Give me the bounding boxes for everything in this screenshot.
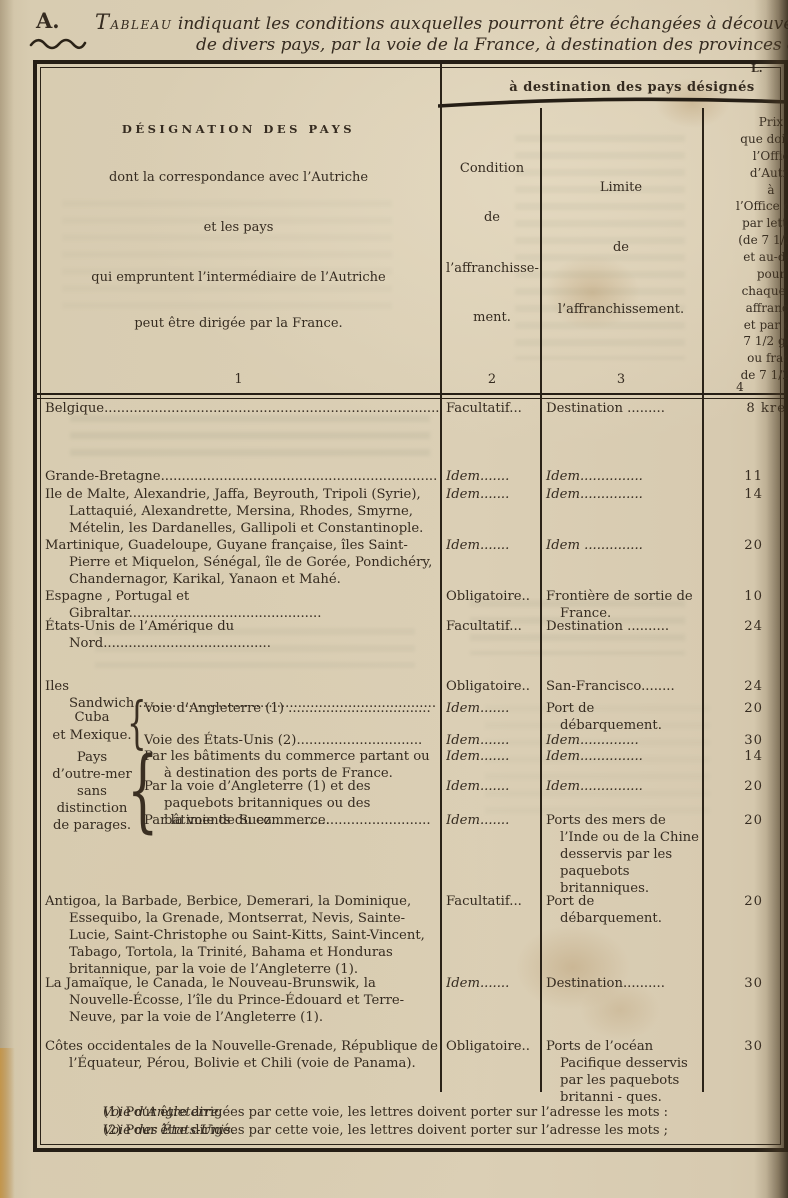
col1-header-line: dont la correspondance avec l’Autriche: [37, 170, 440, 185]
row-condition: Idem.......: [446, 468, 538, 485]
row-countries: Ile de Malte, Alexandrie, Jaffa, Beyrout…: [45, 486, 439, 537]
column-divider-1: [440, 64, 442, 1092]
row-limite: Port de débarquement.: [546, 893, 700, 927]
col3-header-line: de: [542, 240, 700, 255]
col1-number: 1: [37, 372, 440, 387]
col2-header-line: Condition: [446, 161, 538, 176]
page-edge-corner: [0, 1048, 15, 1198]
row-route: Par les bâtiments du commerce partant ou…: [144, 748, 440, 782]
row-countries: La Jamaïque, le Canada, le Nouveau-Bruns…: [45, 975, 439, 1026]
section-label: A.: [36, 8, 60, 33]
row-limite: Port de débarquement.: [546, 700, 700, 734]
row-condition: Obligatoire..: [446, 588, 538, 605]
col2-header-line: l’affranchisse-: [446, 261, 538, 276]
header-separator-rule: [37, 393, 784, 399]
row-prix: 30: [682, 975, 763, 992]
row-limite: Idem...............: [546, 778, 700, 795]
page-edge-shadow: [754, 0, 788, 1198]
document-title-line2: de divers pays, par la voie de la France…: [196, 35, 788, 55]
row-condition: Idem.......: [446, 748, 538, 765]
row-condition: Facultatif...: [446, 893, 538, 910]
row-condition: Obligatoire..: [446, 1038, 538, 1055]
col2-header-line: ment.: [446, 310, 538, 325]
row-prix: 24: [682, 678, 763, 695]
row-limite: Idem ..............: [546, 537, 700, 554]
footnote-emphasis: Voie des États-Unis.: [103, 1122, 235, 1140]
row-prix: 20: [682, 700, 763, 717]
row-prix: 20: [682, 812, 763, 829]
row-route: Voie des États-Unis (2).................…: [144, 732, 440, 749]
row-countries: Espagne , Portugal et Gibraltar.........…: [45, 588, 439, 622]
span-header: à destination des pays désignés: [467, 80, 788, 95]
row-limite: Idem...............: [546, 486, 700, 503]
row-limite: Idem..............: [546, 732, 700, 749]
row-limite: Idem...............: [546, 748, 700, 765]
title-line1-rest: indiquant les conditions auxquelles pour…: [178, 14, 788, 34]
row-prix: 30: [682, 1038, 763, 1055]
col1-header-title: DÉSIGNATION DES PAYS: [37, 122, 440, 136]
row-condition: Obligatoire..: [446, 678, 538, 695]
row-limite: San-Francisco........: [546, 678, 700, 695]
row-condition: Idem.......: [446, 486, 538, 503]
row-limite: Destination .........: [546, 400, 700, 417]
row-prix: 11: [682, 468, 763, 485]
row-condition: Idem.......: [446, 975, 538, 992]
column-divider-2: [540, 108, 542, 1092]
row-prix: 14: [682, 748, 763, 765]
col2-header-line: de: [446, 210, 538, 225]
row-countries: Côtes occidentales de la Nouvelle-Grenad…: [45, 1038, 439, 1072]
page-edge-shadow-left: [0, 0, 14, 1198]
row-condition: Idem.......: [446, 537, 538, 554]
row-limite: Destination..........: [546, 975, 700, 992]
row-countries: Grande-Bretagne.........................…: [45, 468, 439, 485]
footnote-emphasis: Voie d’Angleterre.: [103, 1104, 223, 1122]
row-limite: Ports de l’océan Pacifique desservis par…: [546, 1038, 700, 1106]
col1-header-line: qui empruntent l’intermédiaire de l’Autr…: [37, 270, 440, 285]
title-lead-word: Tableau: [95, 10, 173, 34]
row-prix: 14: [682, 486, 763, 503]
row-prix: 20: [682, 537, 763, 554]
row-prix: 30: [682, 732, 763, 749]
row-prix: 10: [682, 588, 763, 605]
row-condition: Facultatif...: [446, 618, 538, 635]
col3-header-line: l’affranchissement.: [542, 302, 700, 317]
flourish-underline: [28, 36, 90, 50]
row-prix: 20: [682, 778, 763, 795]
row-prix: 24: [682, 618, 763, 635]
row-condition: Idem.......: [446, 778, 538, 795]
row-condition: Facultatif...: [446, 400, 538, 417]
scanned-document-page: A. Tableau indiquant les conditions auxq…: [0, 0, 788, 1198]
col2-number: 2: [446, 372, 538, 387]
span-header-rule: [438, 94, 788, 110]
row-condition: Idem.......: [446, 732, 538, 749]
row-countries: Belgique................................…: [45, 400, 439, 417]
row-limite: Destination ..........: [546, 618, 700, 635]
document-title-line1: Tableau indiquant les conditions auxquel…: [95, 10, 788, 34]
col1-header-line: peut être dirigée par la France.: [37, 316, 440, 331]
row-limite: Ports des mers de l’Inde ou de la Chine …: [546, 812, 700, 897]
row-limite: Idem...............: [546, 468, 700, 485]
col1-header-line: et les pays: [37, 220, 440, 235]
table-frame: L. à destination des pays désignés DÉSIG…: [33, 60, 788, 1152]
col3-header-line: Limite: [542, 180, 700, 195]
row-countries: Martinique, Guadeloupe, Guyane française…: [45, 537, 439, 588]
row-limite: Frontière de sortie de France.: [546, 588, 700, 622]
row-route: Voie d’Angleterre (1) ..................…: [144, 700, 440, 717]
row-condition: Idem.......: [446, 812, 538, 829]
row-countries: États-Unis de l’Amérique du Nord........…: [45, 618, 439, 652]
row-condition: Idem.......: [446, 700, 538, 717]
group-brace: {: [127, 746, 144, 836]
row-countries: Antigoa, la Barbade, Berbice, Demerari, …: [45, 893, 439, 978]
row-route: Par la voie de Suez.....................…: [144, 812, 440, 829]
col3-number: 3: [542, 372, 700, 387]
row-prix: 20: [682, 893, 763, 910]
